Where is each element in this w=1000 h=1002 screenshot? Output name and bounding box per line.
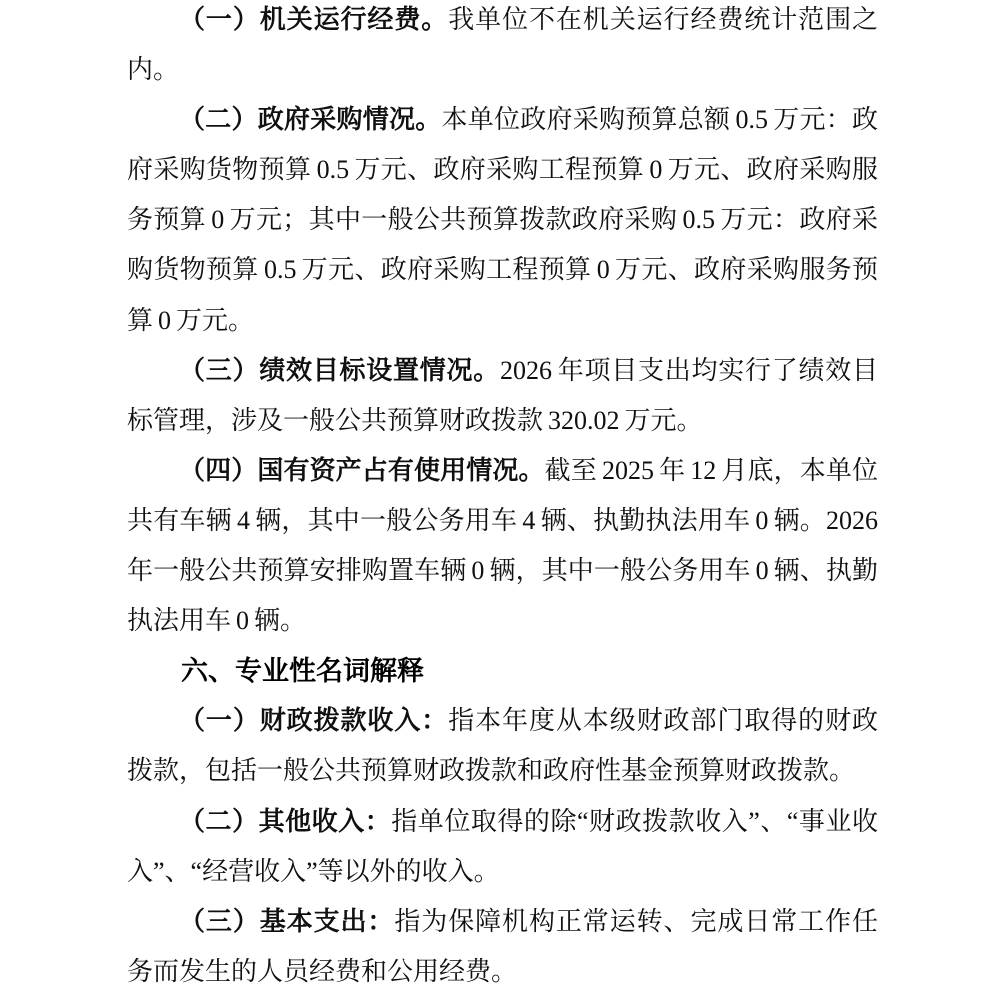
paragraph: （三）基本支出：指为保障机构正常运转、完成日常工作任务而发生的人员经费和公用经费… (127, 897, 878, 997)
document-body: （一）机关运行经费。我单位不在机关运行经费统计范围之内。（二）政府采购情况。本单… (127, 0, 878, 997)
paragraph-lead: （四）国有资产占有使用情况。 (179, 456, 545, 485)
paragraph-text: 本单位政府采购预算总额 0.5 万元：政府采购货物预算 0.5 万元、政府采购工… (127, 105, 878, 334)
paragraph-lead: （三）基本支出： (179, 907, 394, 936)
paragraph-lead: （一）财政拨款收入： (179, 706, 448, 735)
paragraph: （三）绩效目标设置情况。2026 年项目支出均实行了绩效目标管理，涉及一般公共预… (127, 346, 878, 446)
paragraph-lead: （一）机关运行经费。 (179, 5, 448, 34)
paragraph-lead: （二）其他收入： (179, 807, 391, 836)
paragraph-lead: （二）政府采购情况。 (179, 105, 442, 134)
paragraph: （一）财政拨款收入：指本年度从本级财政部门取得的财政拨款，包括一般公共预算财政拨… (127, 696, 878, 796)
document-page: （一）机关运行经费。我单位不在机关运行经费统计范围之内。（二）政府采购情况。本单… (127, 0, 878, 997)
paragraph: （二）政府采购情况。本单位政府采购预算总额 0.5 万元：政府采购货物预算 0.… (127, 95, 878, 345)
paragraph-lead: （三）绩效目标设置情况。 (179, 356, 500, 385)
paragraph: （一）机关运行经费。我单位不在机关运行经费统计范围之内。 (127, 0, 878, 95)
paragraph: （四）国有资产占有使用情况。截至 2025 年 12 月底，本单位共有车辆 4 … (127, 446, 878, 646)
paragraph: （二）其他收入：指单位取得的除“财政拨款收入”、“事业收入”、“经营收入”等以外… (127, 797, 878, 897)
section-heading: 六、专业性名词解释 (127, 646, 878, 696)
